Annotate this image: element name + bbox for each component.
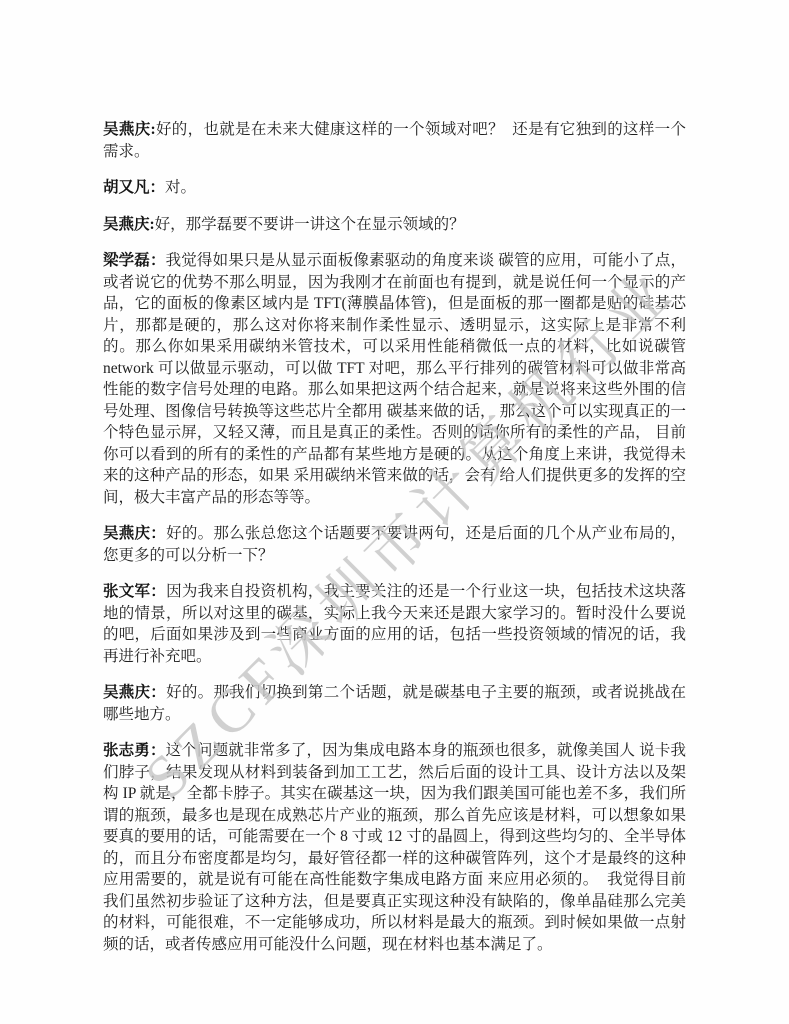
document-page: SZCF深圳市计算机行业 吴燕庆:好的，也就是在未来大健康这样的一个领域对吧？ …	[0, 0, 789, 1024]
speaker-name: 张文军：	[103, 583, 166, 600]
transcript-paragraph: 吴燕庆：好的。那么张总您这个话题要不要讲两句，还是后面的几个从产业布局的，您更多…	[103, 523, 686, 566]
transcript-paragraph: 梁学磊：我觉得如果只是从显示面板像素驱动的角度来谈 碳管的应用，可能小了点，或者…	[103, 250, 686, 508]
speech-text: 对。	[165, 179, 196, 196]
speech-text: 这个问题就非常多了，因为集成电路本身的瓶颈也很多，就像美国人 说卡我们脖子，结果…	[103, 742, 686, 953]
speaker-name: 吴燕庆:	[103, 216, 155, 233]
transcript-content: 吴燕庆:好的，也就是在未来大健康这样的一个领域对吧？ 还是有它独到的这样一个需求…	[103, 119, 686, 970]
transcript-paragraph: 吴燕庆：好的。那我们切换到第二个话题，就是碳基电子主要的瓶颈，或者说挑战在哪些地…	[103, 682, 686, 725]
transcript-paragraph: 胡又凡：对。	[103, 177, 686, 199]
transcript-paragraph: 张志勇：这个问题就非常多了，因为集成电路本身的瓶颈也很多，就像美国人 说卡我们脖…	[103, 740, 686, 955]
speech-text: 因为我来自投资机构，我主要关注的还是一个行业这一块，包括技术这块落地的情景，所以…	[103, 583, 686, 665]
speaker-name: 张志勇：	[103, 742, 166, 759]
speech-text: 好，那学磊要不要讲一讲这个在显示领域的？	[155, 216, 465, 233]
speaker-name: 胡又凡：	[103, 179, 165, 196]
speaker-name: 梁学磊：	[103, 252, 166, 269]
transcript-paragraph: 吴燕庆:好的，也就是在未来大健康这样的一个领域对吧？ 还是有它独到的这样一个需求…	[103, 119, 686, 162]
speech-text: 我觉得如果只是从显示面板像素驱动的角度来谈 碳管的应用，可能小了点，或者说它的优…	[103, 252, 690, 506]
transcript-paragraph: 张文军：因为我来自投资机构，我主要关注的还是一个行业这一块，包括技术这块落地的情…	[103, 581, 686, 667]
speaker-name: 吴燕庆:	[103, 121, 156, 138]
speaker-name: 吴燕庆：	[103, 525, 166, 542]
speech-text: 好的，也就是在未来大健康这样的一个领域对吧？ 还是有它独到的这样一个需求。	[103, 121, 686, 160]
transcript-paragraph: 吴燕庆:好，那学磊要不要讲一讲这个在显示领域的？	[103, 214, 686, 236]
speaker-name: 吴燕庆：	[103, 684, 166, 701]
speech-text: 好的。那么张总您这个话题要不要讲两句，还是后面的几个从产业布局的，您更多的可以分…	[103, 525, 686, 564]
speech-text: 好的。那我们切换到第二个话题，就是碳基电子主要的瓶颈，或者说挑战在哪些地方。	[103, 684, 686, 723]
